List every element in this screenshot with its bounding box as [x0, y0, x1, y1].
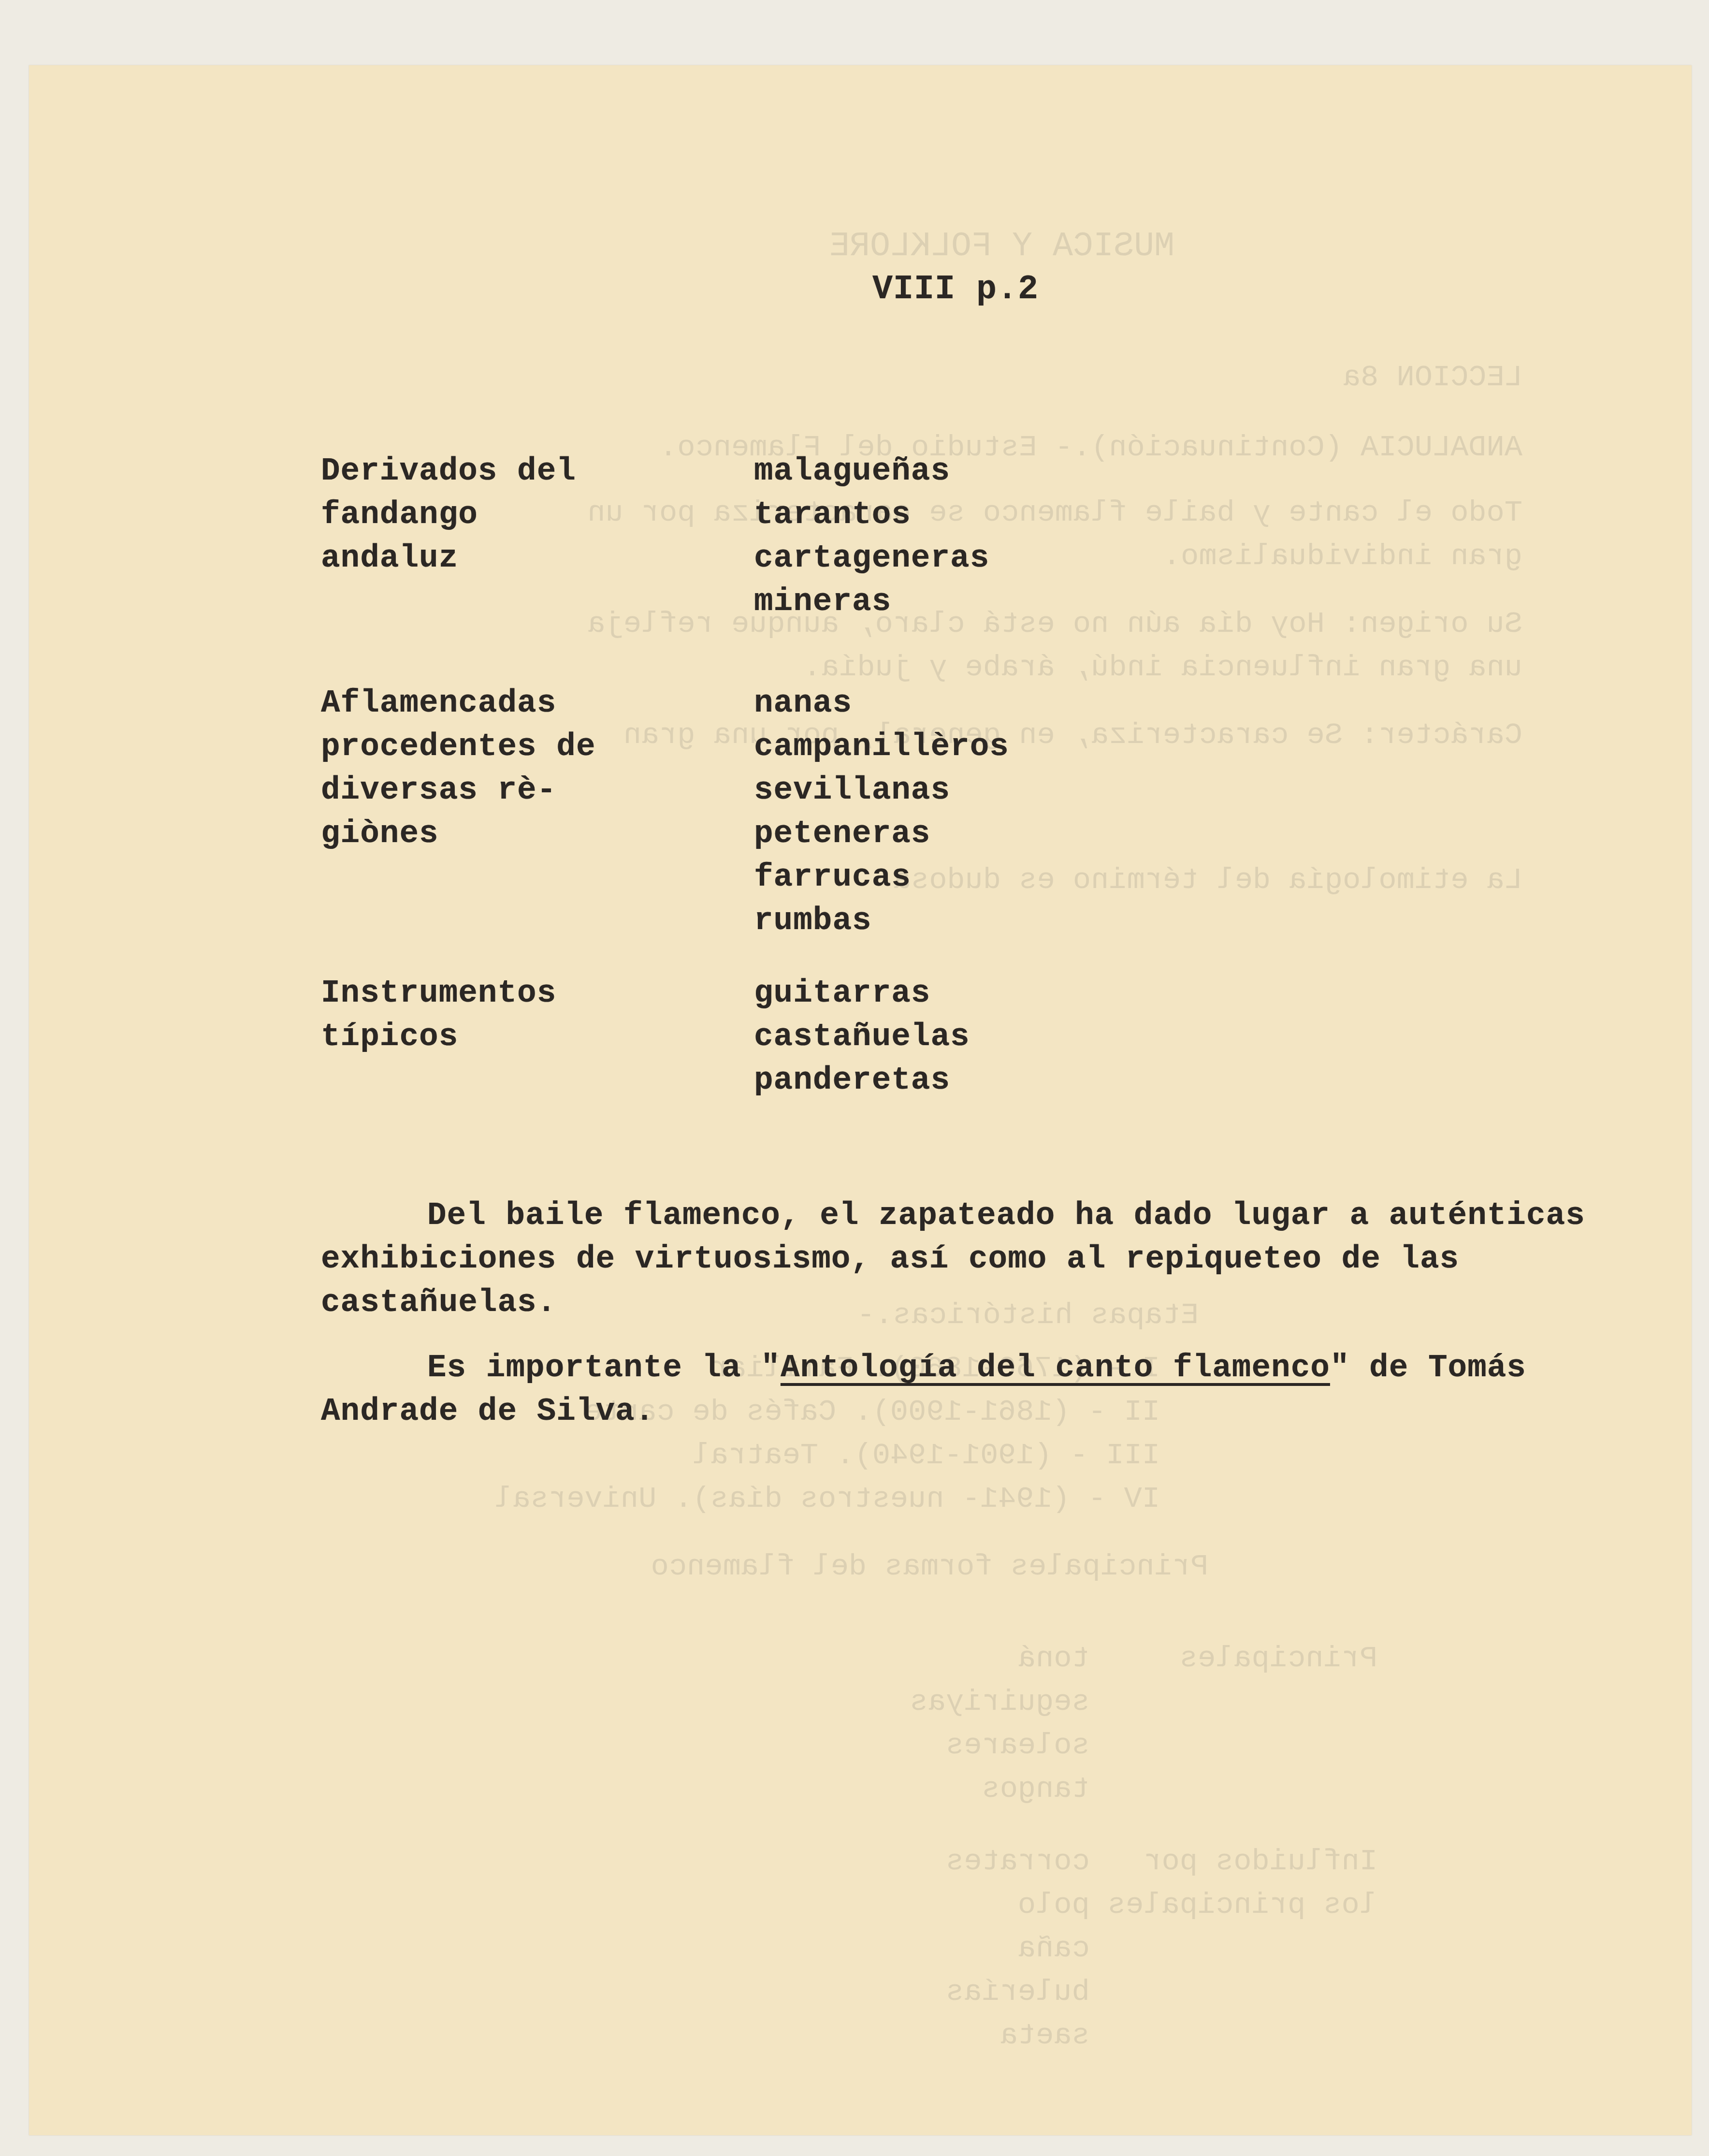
group-items-aflamencadas: nanas campanillèros sevillanas peteneras… [754, 682, 1009, 943]
bleed-line: MUSICA Y FOLKLORE [829, 225, 1174, 269]
list-item: malagueñas [754, 450, 989, 493]
label-line: fandango [321, 493, 576, 537]
book-title: Antología del canto flamenco [781, 1350, 1330, 1386]
paper-sheet: MUSICA Y FOLKLORE LECCION 8a ANDALUCIA (… [29, 65, 1692, 2135]
bleed-line: saeta [1000, 2013, 1377, 2058]
paragraph-baile: Del baile flamenco, el zapateado ha dado… [321, 1194, 1626, 1325]
bleed-line: Principales toná [1018, 1636, 1377, 1681]
label-line: Derivados del [321, 450, 576, 493]
bleed-line: bulerías [946, 1970, 1377, 2014]
bleed-line: los principales polo [1018, 1883, 1377, 1927]
list-item: mineras [754, 580, 989, 624]
bleed-line: seguiriyas [910, 1680, 1377, 1724]
group-label-instrumentos: Instrumentos típicos [321, 972, 556, 1059]
label-line: Instrumentos [321, 972, 556, 1015]
label-line: típicos [321, 1015, 556, 1059]
list-item: sevillanas [754, 769, 1009, 812]
paragraph-antologia: Es importante la "Antología del canto fl… [321, 1346, 1626, 1433]
label-line: procedentes de [321, 725, 596, 769]
group-items-instrumentos: guitarras castañuelas panderetas [754, 972, 970, 1102]
label-line: andaluz [321, 537, 576, 580]
bleed-line: caña [1018, 1926, 1377, 1971]
list-item: farrucas [754, 856, 1009, 899]
bleed-line: Todo el cante y baile flamenco se caract… [587, 491, 1522, 535]
list-item: campanillèros [754, 725, 1009, 769]
group-label-aflamencadas: Aflamencadas procedentes de diversas rè-… [321, 682, 596, 856]
list-item: castañuelas [754, 1015, 970, 1059]
label-line: Aflamencadas [321, 682, 596, 725]
list-item: peteneras [754, 812, 1009, 856]
list-item: tarantos [754, 493, 989, 537]
bleed-line: tangos [982, 1767, 1377, 1811]
paragraph-text: Del baile flamenco, el zapateado ha dado… [321, 1197, 1585, 1321]
list-item: nanas [754, 682, 1009, 725]
list-item: rumbas [754, 899, 1009, 943]
paragraph-text-before: Es importante la " [427, 1350, 781, 1386]
bleed-line: LECCION 8a [1343, 355, 1522, 400]
bleed-line: III - (1901-1940). Teatral [693, 1433, 1160, 1478]
bleed-line: soleares [946, 1723, 1377, 1768]
list-item: cartageneras [754, 537, 989, 580]
list-item: guitarras [754, 972, 970, 1015]
page-heading: VIII p.2 [872, 268, 1039, 312]
list-item: panderetas [754, 1059, 970, 1102]
group-items-fandango: malagueñas tarantos cartageneras mineras [754, 450, 989, 624]
bleed-line: Su origen: Hoy día aún no está claro, au… [587, 602, 1522, 646]
bleed-line: Principales formas del flamenco [651, 1544, 1208, 1589]
bleed-line: Influidos por corrates [946, 1839, 1377, 1884]
bleed-line: IV - (1941- nuestros días). Universal [494, 1477, 1160, 1521]
label-line: giònes [321, 812, 596, 856]
label-line: diversas rè- [321, 769, 596, 812]
bleed-line: gran individualismo. [1163, 534, 1522, 579]
group-label-fandango: Derivados del fandango andaluz [321, 450, 576, 580]
